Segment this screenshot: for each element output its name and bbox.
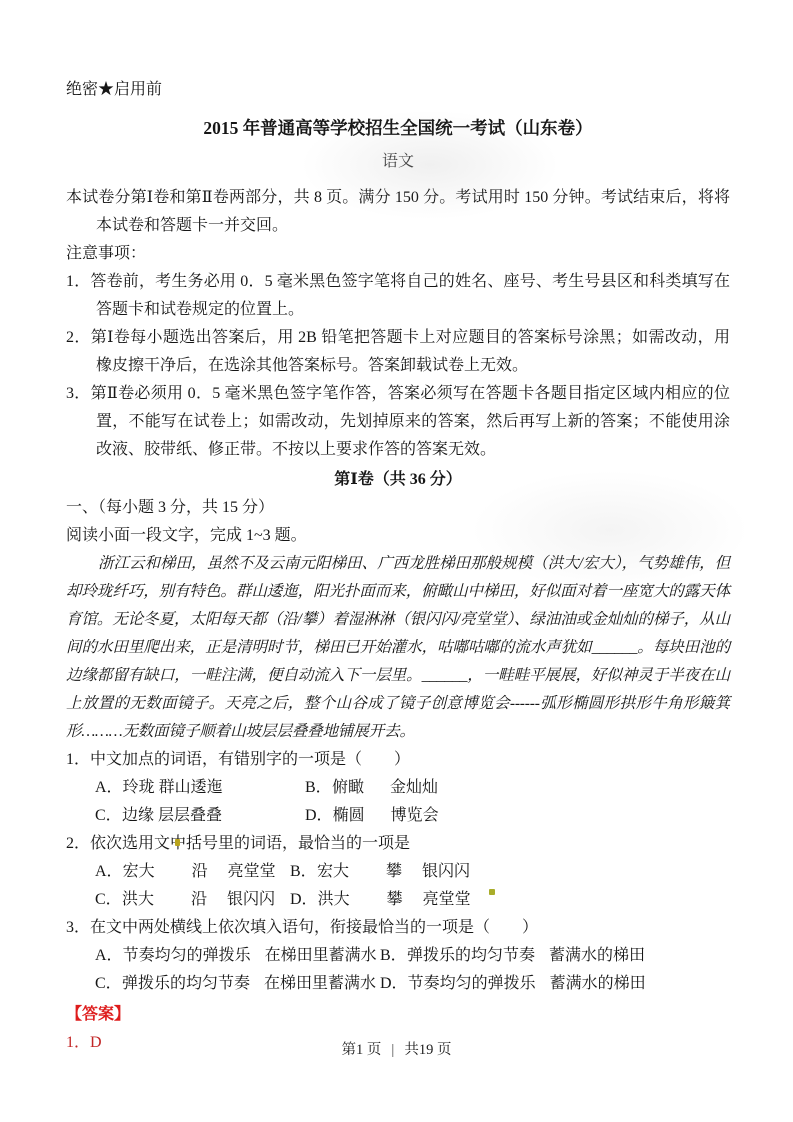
page-footer: 第1 页|共19 页 (0, 1036, 793, 1064)
option-text: 弹拨乐的均匀节奏 (407, 942, 549, 970)
option-label: B． (290, 858, 317, 886)
question-3-option-d: D．节奏均匀的弹拨乐蓄满水的梯田 (380, 970, 646, 998)
option-label: B． (305, 774, 332, 802)
option-label: D． (380, 970, 408, 998)
option-text: 宏大 (317, 858, 386, 886)
question-1-option-d: D．椭圆博览会 (305, 802, 439, 830)
question-2-option-d: D．洪大攀亮堂堂 (290, 886, 471, 914)
option-text: 节奏均匀的弹拨乐 (408, 970, 550, 998)
page-content: 绝密★启用前 2015 年普通高等学校招生全国统一考试（山东卷） 语文 本试卷分… (0, 0, 793, 1057)
question-3-options-row-1: A．节奏均匀的弹拨乐在梯田里蓄满水 B．弹拨乐的均匀节奏蓄满水的梯田 (66, 942, 730, 970)
option-text: 俯瞰 (332, 774, 390, 802)
question-3-stem: 3．在文中两处横线上依次填入语句，衔接最恰当的一项是（ ） (66, 914, 730, 942)
question-1-option-b: B．俯瞰金灿灿 (305, 774, 438, 802)
subject-title: 语文 (66, 148, 730, 176)
question-3-options-row-2: C．弹拨乐的均匀节奏在梯田里蓄满水 D．节奏均匀的弹拨乐蓄满水的梯田 (66, 970, 730, 998)
question-1-stem: 1．中文加点的词语，有错别字的一项是（ ） (66, 746, 730, 774)
option-text: 节奏均匀的弹拨乐 (123, 942, 265, 970)
question-1-option-a: A．玲珑 群山逶迤 (95, 774, 305, 802)
question-2-stem: 2．依次选用文中括号里的词语，最恰当的一项是 (66, 830, 730, 858)
option-text: 沿 (191, 886, 227, 914)
option-text: 金灿灿 (390, 774, 438, 802)
option-text: 在梯田里蓄满水 (265, 942, 377, 970)
option-text: 沿 (192, 858, 228, 886)
option-text: 亮堂堂 (423, 886, 471, 914)
question-2-option-a: A．宏大沿亮堂堂 (95, 858, 290, 886)
option-text: 边缘 层层叠叠 (122, 802, 222, 830)
stray-mark-icon (489, 889, 495, 895)
exam-document-page: 绝密★启用前 2015 年普通高等学校招生全国统一考试（山东卷） 语文 本试卷分… (0, 0, 793, 1122)
option-text: 洪大 (122, 886, 191, 914)
option-label: D． (305, 802, 333, 830)
answer-section-header: 【答案】 (66, 1001, 730, 1029)
question-3-option-c: C．弹拨乐的均匀节奏在梯田里蓄满水 (95, 970, 380, 998)
question-2-option-b: B．宏大攀银闪闪 (290, 858, 470, 886)
question-1-options-row-2: C．边缘 层层叠叠 D．椭圆博览会 (66, 802, 730, 830)
option-label: A． (95, 774, 123, 802)
reading-instruction: 阅读小面一段文字，完成 1~3 题。 (66, 522, 730, 550)
option-text: 博览会 (391, 802, 439, 830)
option-label: C． (95, 802, 122, 830)
option-label: B． (380, 942, 407, 970)
option-text: 椭圆 (333, 802, 391, 830)
exam-preamble: 本试卷分第Ⅰ卷和第Ⅱ卷两部分，共 8 页。满分 150 分。考试用时 150 分… (66, 184, 730, 240)
option-text: 宏大 (123, 858, 192, 886)
footer-page-number: 第1 页 (342, 1042, 382, 1058)
question-1-option-c: C．边缘 层层叠叠 (95, 802, 305, 830)
option-text: 蓄满水的梯田 (549, 942, 645, 970)
footer-separator: | (391, 1042, 394, 1058)
option-label: C． (95, 886, 122, 914)
option-text: 银闪闪 (227, 886, 275, 914)
option-text: 银闪闪 (422, 858, 470, 886)
question-2-options-row-2: C．洪大沿银闪闪 D．洪大攀亮堂堂 (66, 886, 730, 914)
option-text: 攀 (386, 858, 422, 886)
option-text: 攀 (387, 886, 423, 914)
option-text: 在梯田里蓄满水 (264, 970, 376, 998)
notice-item-1: 1．答卷前，考生务必用 0．5 毫米黑色签字笔将自己的姓名、座号、考生号县区和科… (66, 268, 730, 324)
option-label: A． (95, 858, 123, 886)
question-3-option-a: A．节奏均匀的弹拨乐在梯田里蓄满水 (95, 942, 380, 970)
option-text: 弹拨乐的均匀节奏 (122, 970, 264, 998)
notice-item-3: 3．第Ⅱ卷必须用 0．5 毫米黑色签字笔作答，答案必须写在答题卡各题目指定区域内… (66, 380, 730, 464)
part-heading: 一、（每小题 3 分，共 15 分） (66, 494, 730, 522)
classification-label: 绝密★启用前 (66, 76, 730, 104)
question-1-options-row-1: A．玲珑 群山逶迤 B．俯瞰金灿灿 (66, 774, 730, 802)
option-text: 亮堂堂 (228, 858, 276, 886)
notice-item-2: 2．第Ⅰ卷每小题选出答案后，用 2B 铅笔把答题卡上对应题目的答案标号涂黑；如需… (66, 324, 730, 380)
option-text: 玲珑 群山逶迤 (123, 774, 223, 802)
notice-title: 注意事项： (66, 240, 730, 268)
question-2-options-row-1: A．宏大沿亮堂堂 B．宏大攀银闪闪 (66, 858, 730, 886)
exam-title: 2015 年普通高等学校招生全国统一考试（山东卷） (66, 113, 730, 143)
option-text: 蓄满水的梯田 (550, 970, 646, 998)
option-text: 洪大 (318, 886, 387, 914)
reading-passage: 浙江云和梯田，虽然不及云南元阳梯田、广西龙胜梯田那般规模（洪大/宏大），气势雄伟… (66, 550, 730, 746)
stray-mark-icon (175, 839, 180, 846)
option-label: C． (95, 970, 122, 998)
footer-total-pages: 共19 页 (404, 1042, 451, 1058)
option-label: D． (290, 886, 318, 914)
section-title: 第Ⅰ卷（共 36 分） (66, 466, 730, 494)
question-2-option-c: C．洪大沿银闪闪 (95, 886, 290, 914)
option-label: A． (95, 942, 123, 970)
question-3-option-b: B．弹拨乐的均匀节奏蓄满水的梯田 (380, 942, 645, 970)
